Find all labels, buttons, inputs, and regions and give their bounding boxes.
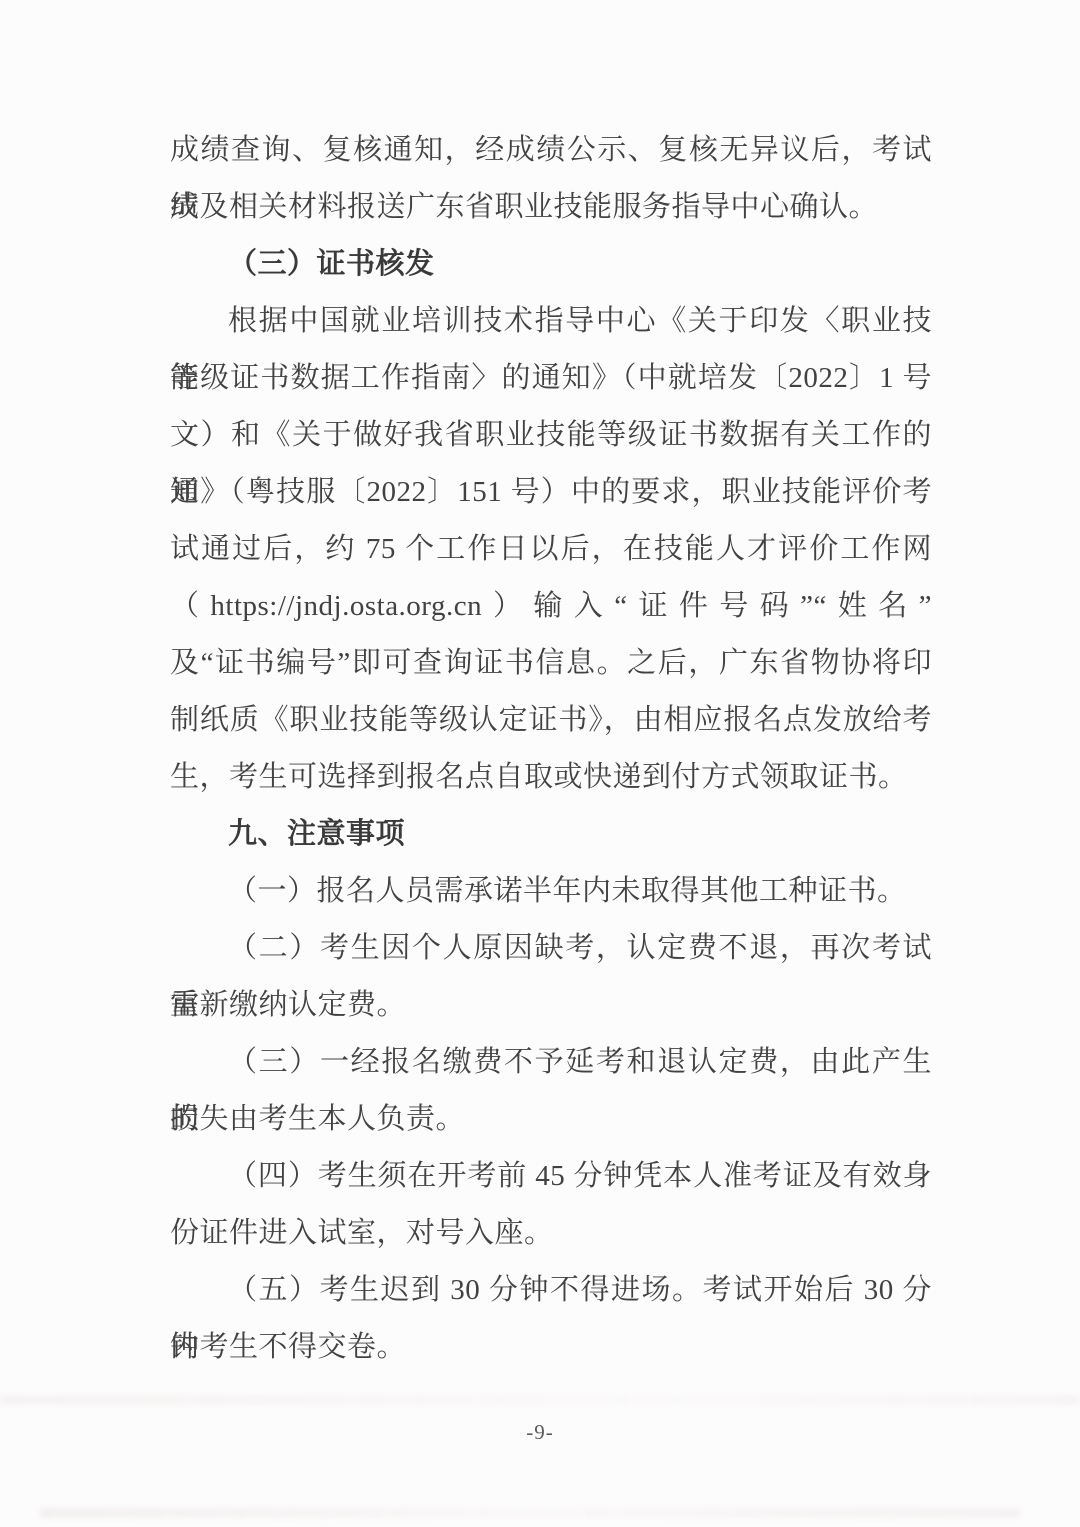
document-line: 文）和《关于做好我省职业技能等级证书数据有关工作的通 [170,407,932,464]
document-line: 生，考生可选择到报名点自取或快递到付方式领取证书。 [170,749,932,806]
document-line: 重新缴纳认定费。 [170,977,932,1034]
document-line: 损失由考生本人负责。 [170,1091,932,1148]
document-line: （二）考生因个人原因缺考，认定费不退，再次考试需 [170,920,932,977]
document-line: 及“证书编号”即可查询证书信息。之后，广东省物协将印 [170,635,932,692]
document-line: 知》（粤技服〔2022〕151 号）中的要求，职业技能评价考 [170,464,932,521]
document-line: 成绩查询、复核通知，经成绩公示、复核无异议后，考试成 [170,122,932,179]
document-line: （一）报名人员需承诺半年内未取得其他工种证书。 [170,863,932,920]
document-body: 成绩查询、复核通知，经成绩公示、复核无异议后，考试成绩及相关材料报送广东省职业技… [170,122,932,1376]
document-line: （四）考生须在开考前 45 分钟凭本人准考证及有效身 [170,1148,932,1205]
document-line: 试通过后，约 75 个工作日以后，在技能人才评价工作网 [170,521,932,578]
document-line: （三）一经报名缴费不予延考和退认定费，由此产生的 [170,1034,932,1091]
document-line: 等级证书数据工作指南〉的通知》（中就培发〔2022〕1 号 [170,350,932,407]
document-line: （三）证书核发 [170,236,932,293]
document-line: 根据中国就业培训技术指导中心《关于印发〈职业技能 [170,293,932,350]
document-line: （五）考生迟到 30 分钟不得进场。考试开始后 30 分钟 [170,1262,932,1319]
document-line: 制纸质《职业技能等级认定证书》，由相应报名点发放给考 [170,692,932,749]
scanned-document-page: 成绩查询、复核通知，经成绩公示、复核无异议后，考试成绩及相关材料报送广东省职业技… [0,0,1080,1527]
document-line: 绩及相关材料报送广东省职业技能服务指导中心确认。 [170,179,932,236]
page-number: -9- [0,1420,1080,1445]
document-line: 份证件进入试室，对号入座。 [170,1205,932,1262]
document-line: 九、注意事项 [170,806,932,863]
document-line: （https://jndj.osta.org.cn）输入“证件号码”“姓名” [170,578,932,635]
document-line: 内考生不得交卷。 [170,1319,932,1376]
